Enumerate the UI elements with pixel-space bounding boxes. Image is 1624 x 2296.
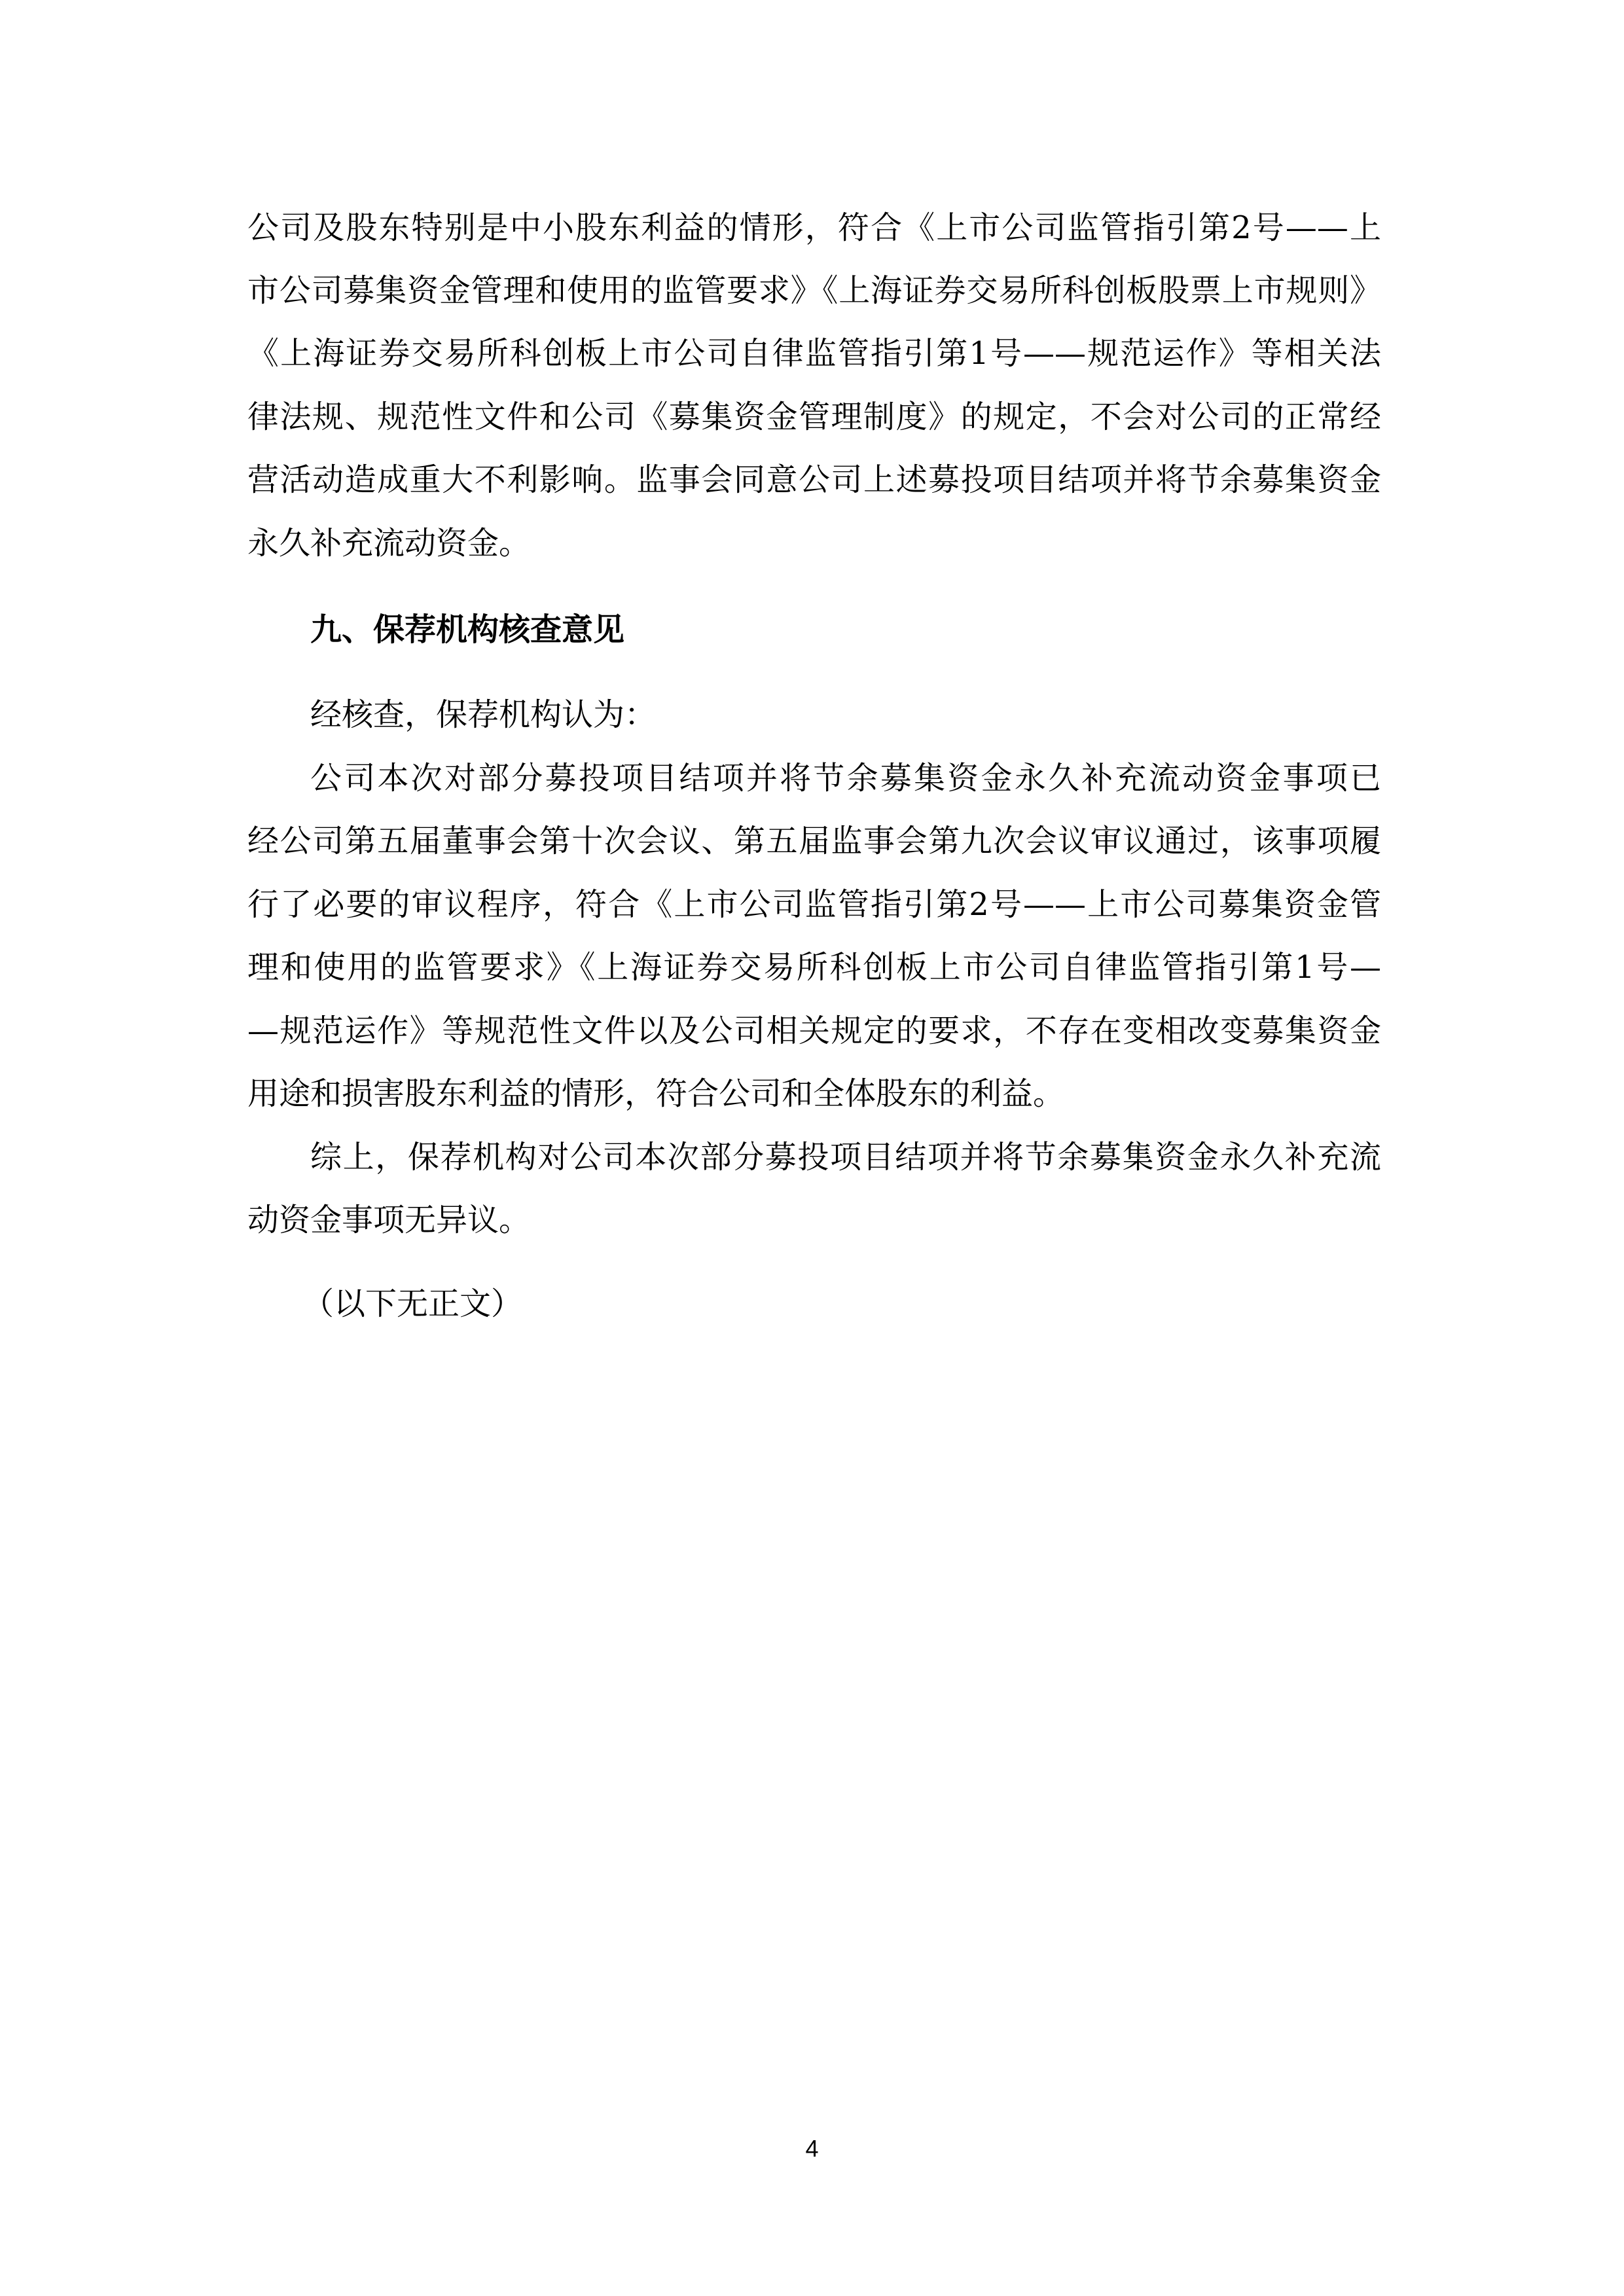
text-line: 用途和损害股东利益的情形，符合公司和全体股东的利益。 [247,1074,1381,1113]
text-line: 经核查，保荐机构认为： [247,695,1381,734]
text-line: 动资金事项无异议。 [247,1200,1381,1240]
document-page: 公司及股东特别是中小股东利益的情形，符合《上市公司监管指引第2号——上 市公司募… [0,0,1624,2296]
text-line: 行了必要的审议程序，符合《上市公司监管指引第2号——上市公司募集资金管 [247,885,1381,924]
text-line: 《上海证券交易所科创板上市公司自律监管指引第1号——规范运作》等相关法 [247,334,1381,373]
text-line: 律法规、规范性文件和公司《募集资金管理制度》的规定，不会对公司的正常经 [247,397,1381,437]
text-line: 经公司第五届董事会第十次会议、第五届监事会第九次会议审议通过，该事项履 [247,821,1381,861]
text-line: 理和使用的监管要求》《上海证券交易所科创板上市公司自律监管指引第1号— [247,948,1381,987]
text-line: 营活动造成重大不利影响。监事会同意公司上述募投项目结项并将节余募集资金 [247,460,1381,499]
text-line: 永久补充流动资金。 [247,524,1381,563]
text-line: 公司本次对部分募投项目结项并将节余募集资金永久补充流动资金事项已 [247,759,1381,798]
text-line: 市公司募集资金管理和使用的监管要求》《上海证券交易所科创板股票上市规则》 [247,271,1381,310]
section-heading: 九、保荐机构核查意见 [247,610,1381,649]
text-line: —规范运作》等规范性文件以及公司相关规定的要求，不存在变相改变募集资金 [247,1011,1381,1050]
page-number: 4 [0,2135,1624,2162]
text-line: 综上，保荐机构对公司本次部分募投项目结项并将节余募集资金永久补充流 [247,1138,1381,1177]
text-line: 公司及股东特别是中小股东利益的情形，符合《上市公司监管指引第2号——上 [247,208,1381,247]
end-of-text-note: （以下无正文） [247,1284,1381,1323]
